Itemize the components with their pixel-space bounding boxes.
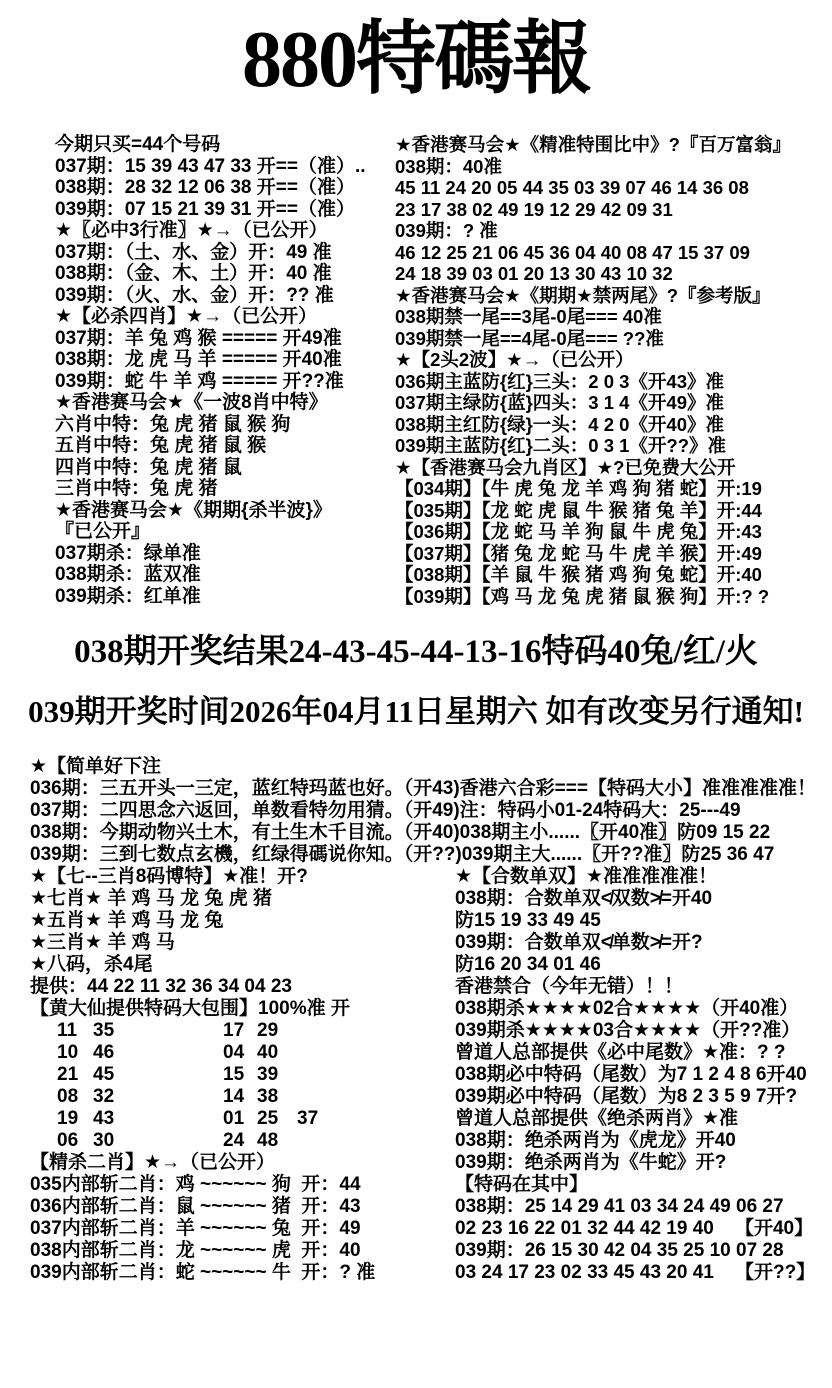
text-line: 039内部斩二肖：蛇 ~~~~~~ 牛 开：? 准 xyxy=(30,1262,455,1284)
text-line: 036期主蓝防{红}三头：2 0 3《开43》准 xyxy=(395,371,824,393)
grid-cell: 39 xyxy=(257,1064,297,1086)
grid-cell: 10 xyxy=(57,1042,93,1064)
text-line: 【037期】【猪 兔 龙 蛇 马 牛 虎 羊 猴】开:49 xyxy=(395,543,824,565)
baowei-number-grid: 1135172910460440214515390832143819430125… xyxy=(30,1020,455,1152)
bottom-left-lower-lines: 【精杀二肖】★→（已公开）035内部斩二肖：鸡 ~~~~~~ 狗 开：44036… xyxy=(30,1152,455,1284)
text-line: 【039期】【鸡 马 龙 兔 虎 猪 鼠 猴 狗】开:? ? xyxy=(395,586,824,608)
grid-cell: 24 xyxy=(223,1130,257,1152)
text-line: 038期禁一尾==3尾-0尾=== 40准 xyxy=(395,306,824,328)
grid-row: 06302448 xyxy=(30,1130,455,1152)
grid-row: 10460440 xyxy=(30,1042,455,1064)
text-line: 039期：蛇 牛 羊 鸡 ===== 开??准 xyxy=(55,371,395,393)
text-line: 039期主蓝防{红}二头：0 3 1《开??》准 xyxy=(395,435,824,457)
grid-cell xyxy=(297,1042,455,1064)
text-line: ★〖必中3行准〗★→（已公开） xyxy=(55,220,395,242)
text-line: 038内部斩二肖：龙 ~~~~~~ 虎 开：40 xyxy=(30,1240,455,1262)
grid-row: 1943012537 xyxy=(30,1108,455,1130)
text-line: ★香港赛马会★《一波8肖中特》 xyxy=(55,392,395,414)
text-line: 【038期】【羊 鼠 牛 猴 猪 鸡 狗 兔 蛇】开:40 xyxy=(395,564,824,586)
text-line: 037期：二四思念六返回，单数看特勿用猜。（开49)注：特码小01-24特码大：… xyxy=(30,800,828,822)
grid-cell: 43 xyxy=(93,1108,223,1130)
text-line: 曾道人总部提供《必中尾数》★准：? ? xyxy=(455,1042,828,1064)
text-line: 【精杀二肖】★→（已公开） xyxy=(30,1152,455,1174)
bottom-section: ★【简单好下注036期：三五开头一三定，蓝红特玛蓝也好。（开43)香港六合彩==… xyxy=(0,730,832,1284)
grid-cell: 48 xyxy=(257,1130,297,1152)
bottom-left-upper-lines: ★【七--三肖8码博特】★准！开?★七肖★ 羊 鸡 马 龙 兔 虎 猪★五肖★ … xyxy=(30,866,455,1020)
text-line: 037期：（土、水、金）开：49 准 xyxy=(55,242,395,264)
text-line: 038期：绝杀两肖为《虎龙》开40 xyxy=(455,1130,828,1152)
grid-cell: 19 xyxy=(57,1108,93,1130)
text-line: 039期：合数单双≮单数≯=开? xyxy=(455,932,828,954)
text-line: 【036期】【龙 蛇 马 羊 狗 鼠 牛 虎 兔】开:43 xyxy=(395,521,824,543)
page-title: 880特碼報 xyxy=(0,0,832,106)
grid-row: 21451539 xyxy=(30,1064,455,1086)
grid-cell: 11 xyxy=(57,1020,93,1042)
text-line: 038期：28 32 12 06 38 开==（准） xyxy=(55,177,395,199)
text-line: 037期杀：绿单准 xyxy=(55,543,395,565)
text-line: 039期：三到七数点玄機，红绿得碼说你知。（开??)039期主大......〖开… xyxy=(30,844,828,866)
text-line: ★五肖★ 羊 鸡 马 龙 兔 xyxy=(30,910,455,932)
text-line: 039期禁一尾==4尾-0尾=== ??准 xyxy=(395,328,824,350)
text-line: 037期：羊 兔 鸡 猴 ===== 开49准 xyxy=(55,328,395,350)
text-line: 六肖中特：兔 虎 猪 鼠 猴 狗 xyxy=(55,414,395,436)
text-line: ★【七--三肖8码博特】★准！开? xyxy=(30,866,455,888)
text-line: ★香港赛马会★《期期★禁两尾》?『参考版』 xyxy=(395,285,824,307)
text-line: 23 17 38 02 49 19 12 29 42 09 31 xyxy=(395,199,824,221)
bottom-columns: ★【七--三肖8码博特】★准！开?★七肖★ 羊 鸡 马 龙 兔 虎 猪★五肖★ … xyxy=(30,866,828,1284)
text-line: 香港禁合（今年无错）！！ xyxy=(455,976,828,998)
text-line: 【035期】【龙 蛇 虎 鼠 牛 猴 猪 兔 羊】开:44 xyxy=(395,500,824,522)
text-line: 46 12 25 21 06 45 36 04 40 08 47 15 37 0… xyxy=(395,242,824,264)
next-draw-notice-line: 039期开奖时间2026年04月11日星期六 如有改变另行通知! xyxy=(0,693,832,730)
text-line: 曾道人总部提供《绝杀两肖》★准 xyxy=(455,1108,828,1130)
text-line: 【特码在其中】 xyxy=(455,1174,828,1196)
grid-cell: 40 xyxy=(257,1042,297,1064)
grid-cell: 14 xyxy=(223,1086,257,1108)
text-line: 45 11 24 20 05 44 35 03 39 07 46 14 36 0… xyxy=(395,177,824,199)
text-line: ★【香港赛马会九肖区】★?已免费大公开 xyxy=(395,457,824,479)
text-line: 038期主红防{绿}一头：4 2 0《开40》准 xyxy=(395,414,824,436)
grid-cell: 46 xyxy=(93,1042,223,1064)
text-line: 038期：（金、木、土）开：40 准 xyxy=(55,263,395,285)
text-line: ★【2头2波】★→（已公开） xyxy=(395,349,824,371)
text-line: 039期：26 15 30 42 04 35 25 10 07 28 xyxy=(455,1240,828,1262)
bottom-left-column: ★【七--三肖8码博特】★准！开?★七肖★ 羊 鸡 马 龙 兔 虎 猪★五肖★ … xyxy=(30,866,455,1284)
grid-cell: 45 xyxy=(93,1064,223,1086)
grid-cell: 25 xyxy=(257,1108,297,1130)
text-line: ★七肖★ 羊 鸡 马 龙 兔 虎 猪 xyxy=(30,888,455,910)
grid-cell: 04 xyxy=(223,1042,257,1064)
text-line: 039期：07 15 21 39 31 开==（准） xyxy=(55,199,395,221)
grid-cell xyxy=(297,1130,455,1152)
text-line: ★八码，杀4尾 xyxy=(30,954,455,976)
grid-cell: 21 xyxy=(57,1064,93,1086)
text-line: 039期：? 准 xyxy=(395,220,824,242)
text-line: 三肖中特：兔 虎 猪 xyxy=(55,478,395,500)
text-line: 039期：绝杀两肖为《牛蛇》开? xyxy=(455,1152,828,1174)
text-line: 防16 20 34 01 46 xyxy=(455,954,828,976)
text-line: 038期杀：蓝双准 xyxy=(55,564,395,586)
bottom-right-column: ★【合数单双】★准准准准准！038期：合数单双≮双数≯=开40防15 19 33… xyxy=(455,866,828,1284)
text-line: 037期：15 39 43 47 33 开==（准）.. xyxy=(55,156,395,178)
text-line: 039期杀：红单准 xyxy=(55,586,395,608)
text-line: 038期：今期动物兴土木，有土生木千目流。（开40)038期主小......〖开… xyxy=(30,822,828,844)
text-line: 037期主绿防{蓝}四头：3 1 4《开49》准 xyxy=(395,392,824,414)
grid-cell: 38 xyxy=(257,1086,297,1108)
grid-cell: 08 xyxy=(57,1086,93,1108)
lottery-sheet-page: 880特碼報 今期只买=44个号码037期：15 39 43 47 33 开==… xyxy=(0,0,832,1388)
text-line: 036期：三五开头一三定，蓝红特玛蓝也好。（开43)香港六合彩===【特码大小】… xyxy=(30,778,828,800)
grid-row: 08321438 xyxy=(30,1086,455,1108)
text-line: 038期：25 14 29 41 03 34 24 49 06 27 xyxy=(455,1196,828,1218)
text-line: 038期：合数单双≮双数≯=开40 xyxy=(455,888,828,910)
grid-cell: 01 xyxy=(223,1108,257,1130)
grid-cell xyxy=(297,1086,455,1108)
text-line: 038期：龙 虎 马 羊 ===== 开40准 xyxy=(55,349,395,371)
text-line: ★【简单好下注 xyxy=(30,756,828,778)
text-line: 【黄大仙提供特码大包围】100%准 开 xyxy=(30,998,455,1020)
text-line: 038期必中特码（尾数）为7 1 2 4 8 6开40 xyxy=(455,1064,828,1086)
text-line: 035内部斩二肖：鸡 ~~~~~~ 狗 开：44 xyxy=(30,1174,455,1196)
grid-cell xyxy=(297,1020,455,1042)
grid-cell: 29 xyxy=(257,1020,297,1042)
top-section: 今期只买=44个号码037期：15 39 43 47 33 开==（准）..03… xyxy=(0,106,832,607)
grid-cell: 37 xyxy=(297,1108,455,1130)
text-line: 【034期】【牛 虎 兔 龙 羊 鸡 狗 猪 蛇】开:19 xyxy=(395,478,824,500)
text-line: 039期：（火、水、金）开：?? 准 xyxy=(55,285,395,307)
text-line: ★【合数单双】★准准准准准！ xyxy=(455,866,828,888)
top-left-column: 今期只买=44个号码037期：15 39 43 47 33 开==（准）..03… xyxy=(55,134,395,607)
text-line: 039期杀★★★★03合★★★★（开??准） xyxy=(455,1020,828,1042)
text-line: 24 18 39 03 01 20 13 30 43 10 32 xyxy=(395,263,824,285)
text-line: 036内部斩二肖：鼠 ~~~~~~ 猪 开：43 xyxy=(30,1196,455,1218)
text-line: ★香港赛马会★《期期{杀半波}》 xyxy=(55,500,395,522)
text-line: 五肖中特：兔 虎 猪 鼠 猴 xyxy=(55,435,395,457)
text-line: ★香港赛马会★《精准特围比中》?『百万富翁』 xyxy=(395,134,824,156)
text-line: 『已公开』 xyxy=(55,521,395,543)
grid-cell xyxy=(297,1064,455,1086)
top-right-column: ★香港赛马会★《精准特围比中》?『百万富翁』038期：40准45 11 24 2… xyxy=(395,134,824,607)
text-line: ★三肖★ 羊 鸡 马 xyxy=(30,932,455,954)
announcement-section: 038期开奖结果24-43-45-44-13-16特码40兔/红/火 039期开… xyxy=(0,633,832,730)
grid-cell: 06 xyxy=(57,1130,93,1152)
grid-row: 11351729 xyxy=(30,1020,455,1042)
text-line: 03 24 17 23 02 33 45 43 20 41 【开??】 xyxy=(455,1262,828,1284)
draw-result-line: 038期开奖结果24-43-45-44-13-16特码40兔/红/火 xyxy=(0,633,832,673)
bottom-intro-lines: ★【简单好下注036期：三五开头一三定，蓝红特玛蓝也好。（开43)香港六合彩==… xyxy=(30,756,828,866)
text-line: ★【必杀四肖】★→（已公开） xyxy=(55,306,395,328)
grid-cell: 15 xyxy=(223,1064,257,1086)
grid-cell: 32 xyxy=(93,1086,223,1108)
text-line: 038期：40准 xyxy=(395,156,824,178)
text-line: 防15 19 33 49 45 xyxy=(455,910,828,932)
text-line: 039期必中特码（尾数）为8 2 3 5 9 7开? xyxy=(455,1086,828,1108)
grid-cell: 30 xyxy=(93,1130,223,1152)
text-line: 四肖中特：兔 虎 猪 鼠 xyxy=(55,457,395,479)
text-line: 037内部斩二肖：羊 ~~~~~~ 兔 开：49 xyxy=(30,1218,455,1240)
text-line: 今期只买=44个号码 xyxy=(55,134,395,156)
grid-cell: 35 xyxy=(93,1020,223,1042)
grid-cell: 17 xyxy=(223,1020,257,1042)
text-line: 提供：44 22 11 32 36 34 04 23 xyxy=(30,976,455,998)
text-line: 038期杀★★★★02合★★★★（开40准） xyxy=(455,998,828,1020)
text-line: 02 23 16 22 01 32 44 42 19 40 【开40】 xyxy=(455,1218,828,1240)
